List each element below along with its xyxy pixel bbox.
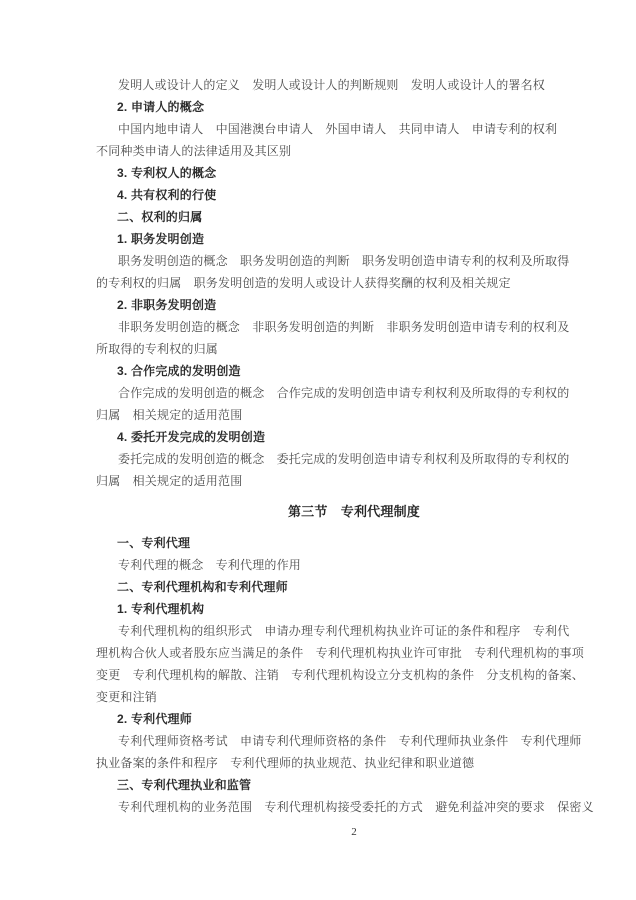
outline-heading-line: 二、专利代理机构和专利代理师 (96, 576, 576, 598)
outline-text-line: 职务发明创造的概念 职务发明创造的判断 职务发明创造申请专利的权利及所取得 (96, 250, 576, 272)
outline-text-line: 归属 相关规定的适用范围 (96, 404, 576, 426)
outline-text-line: 归属 相关规定的适用范围 (96, 470, 576, 492)
outline-text-line: 执业备案的条件和程序 专利代理师的执业规范、执业纪律和职业道德 (96, 752, 576, 774)
outline-text-line: 变更 专利代理机构的解散、注销 专利代理机构设立分支机构的条件 分支机构的备案、 (96, 664, 576, 686)
outline-heading-line: 2. 专利代理师 (96, 708, 576, 730)
outline-heading-line: 4. 共有权利的行使 (96, 184, 576, 206)
document-body: 发明人或设计人的定义 发明人或设计人的判断规则 发明人或设计人的署名权2. 申请… (96, 74, 576, 818)
outline-heading-line: 4. 委托开发完成的发明创造 (96, 426, 576, 448)
outline-text-line: 非职务发明创造的概念 非职务发明创造的判断 非职务发明创造申请专利的权利及 (96, 316, 576, 338)
outline-heading-line: 1. 职务发明创造 (96, 228, 576, 250)
outline-text-line: 合作完成的发明创造的概念 合作完成的发明创造申请专利权利及所取得的专利权的 (96, 382, 576, 404)
section-heading: 第三节 专利代理制度 (36, 501, 636, 523)
outline-text-line: 的专利权的归属 职务发明创造的发明人或设计人获得奖酬的权利及相关规定 (96, 272, 576, 294)
outline-heading-line: 二、权利的归属 (96, 206, 576, 228)
outline-text-line: 专利代理的概念 专利代理的作用 (96, 554, 576, 576)
outline-heading-line: 2. 申请人的概念 (96, 96, 576, 118)
outline-text-line: 变更和注销 (96, 686, 576, 708)
outline-text-line: 专利代理师资格考试 申请专利代理师资格的条件 专利代理师执业条件 专利代理师 (96, 730, 576, 752)
outline-text-line: 不同种类申请人的法律适用及其区别 (96, 140, 576, 162)
outline-heading-line: 3. 合作完成的发明创造 (96, 360, 576, 382)
outline-heading-line: 3. 专利权人的概念 (96, 162, 576, 184)
outline-text-line: 中国内地申请人 中国港澳台申请人 外国申请人 共同申请人 申请专利的权利 (96, 118, 576, 140)
outline-text-line: 委托完成的发明创造的概念 委托完成的发明创造申请专利权利及所取得的专利权的 (96, 448, 576, 470)
outline-heading-line: 2. 非职务发明创造 (96, 294, 576, 316)
document-page: 发明人或设计人的定义 发明人或设计人的判断规则 发明人或设计人的署名权2. 申请… (0, 0, 636, 900)
outline-text-line: 发明人或设计人的定义 发明人或设计人的判断规则 发明人或设计人的署名权 (96, 74, 576, 96)
outline-heading-line: 一、专利代理 (96, 532, 576, 554)
outline-heading-line: 三、专利代理执业和监管 (96, 774, 576, 796)
page-number: 2 (36, 826, 636, 838)
outline-text-line: 理机构合伙人或者股东应当满足的条件 专利代理机构执业许可审批 专利代理机构的事项 (96, 642, 576, 664)
outline-text-line: 专利代理机构的组织形式 申请办理专利代理机构执业许可证的条件和程序 专利代 (96, 620, 576, 642)
outline-text-line: 专利代理机构的业务范围 专利代理机构接受委托的方式 避免利益冲突的要求 保密义 (96, 796, 576, 818)
outline-text-line: 所取得的专利权的归属 (96, 338, 576, 360)
outline-heading-line: 1. 专利代理机构 (96, 598, 576, 620)
